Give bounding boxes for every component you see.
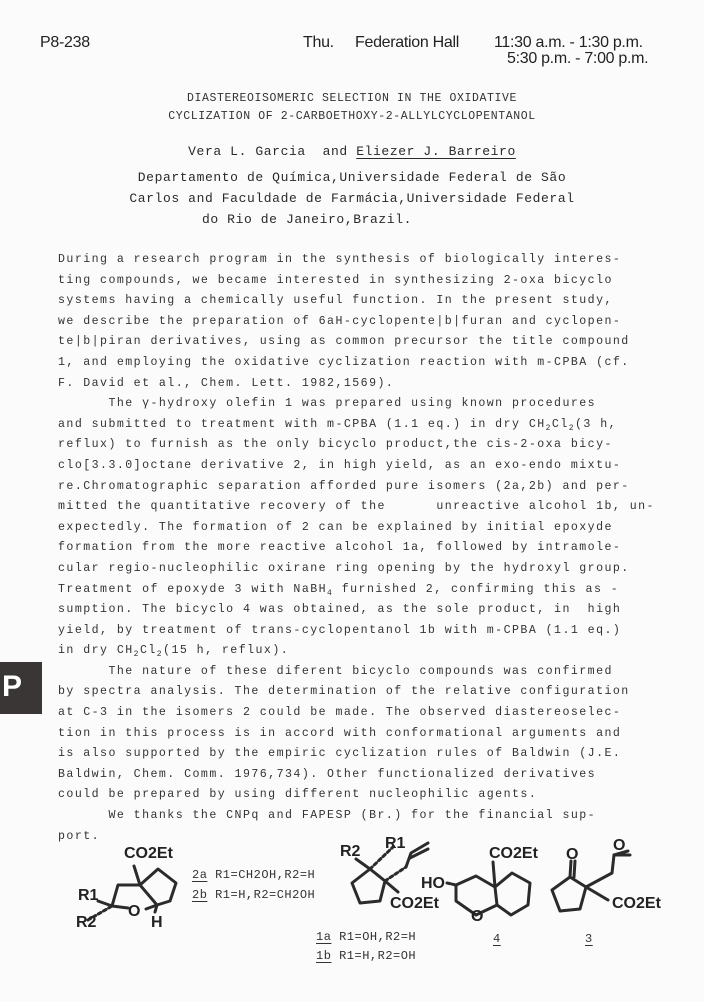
body-line: te|b|piran derivatives, using as common … [58, 332, 668, 353]
body-line: we describe the preparation of 6aH-cyclo… [58, 312, 668, 333]
session-code: P8-238 [40, 34, 90, 52]
session-time-2: 5:30 p.m. - 7:00 p.m. [507, 50, 648, 68]
body-line: clo[3.3.0]octane derivative 2, in high y… [58, 456, 668, 477]
compound-3-label: 3 [585, 932, 593, 946]
compound-3-ester: CO2Et [612, 895, 661, 913]
body-line: We thanks the CNPq and FAPESP (Br.) for … [58, 806, 668, 827]
body-line: The γ-hydroxy olefin 1 was prepared usin… [58, 394, 668, 415]
compound-3-epoxide-oxygen: O [613, 837, 625, 855]
compound-1a-definition: 1a R1=OH,R2=H [316, 930, 416, 944]
body-line: expectedly. The formation of 2 can be ex… [58, 518, 668, 539]
body-line: ting compounds, we became interested in … [58, 271, 668, 292]
body-line: re.Chromatographic separation afforded p… [58, 477, 668, 498]
body-line: by spectra analysis. The determination o… [58, 682, 668, 703]
body-line: tion in this process is in accord with c… [58, 724, 668, 745]
body-line: During a research program in the synthes… [58, 250, 668, 271]
section-tab-letter: P [2, 670, 22, 704]
session-location: Federation Hall [355, 34, 459, 52]
compound-4-hydroxy: HO [421, 875, 445, 893]
compound-2-ester: CO2Et [124, 845, 173, 863]
compound-1b-definition: 1b R1=H,R2=OH [316, 949, 416, 963]
section-tab: P [0, 662, 42, 714]
reaction-scheme: CO2Et R1 R2 O H 2a R1=CH2OH,R2=H 2b R1=H… [0, 835, 704, 1002]
compound-2-ring-oxygen: O [128, 903, 140, 921]
affiliation-line-3: do Rio de Janeiro,Brazil. [0, 212, 659, 227]
body-line: systems having a chemically useful funct… [58, 291, 668, 312]
compound-1-r1: R1 [385, 835, 405, 853]
body-line: in dry CH2Cl2(15 h, reflux). [58, 641, 668, 662]
compound-3-ketone-oxygen: O [566, 846, 578, 864]
session-day: Thu. [303, 34, 334, 52]
body-line: F. David et al., Chem. Lett. 1982,1569). [58, 374, 668, 395]
body-line: mitted the quantitative recovery of the … [58, 497, 668, 518]
body-line: could be prepared by using different nuc… [58, 785, 668, 806]
compound-1-ester: CO2Et [390, 895, 439, 913]
compound-2b-definition: 2b R1=H,R2=CH2OH [192, 888, 315, 902]
compound-2-r2: R2 [76, 914, 96, 932]
compound-1-r2: R2 [340, 843, 360, 861]
body-line: The nature of these diferent bicyclo com… [58, 662, 668, 683]
body-line: Baldwin, Chem. Comm. 1976,734). Other fu… [58, 765, 668, 786]
author-line: Vera L. Garcia and Eliezer J. Barreiro [0, 144, 704, 159]
body-line: cular regio-nucleophilic oxirane ring op… [58, 559, 668, 580]
body-line: yield, by treatment of trans-cyclopentan… [58, 621, 668, 642]
author-join: and [323, 144, 348, 159]
affiliation-line-1: Departamento de Química,Universidade Fed… [0, 170, 704, 185]
compound-4-label: 4 [493, 932, 501, 946]
paper-title-line-1: DIASTEREOISOMERIC SELECTION IN THE OXIDA… [0, 92, 704, 105]
author-1: Vera L. Garcia [188, 144, 306, 159]
affiliation-line-2: Carlos and Faculdade de Farmácia,Univers… [0, 191, 704, 206]
body-line: Treatment of epoxyde 3 with NaBH4 furnis… [58, 580, 668, 601]
compound-2-hydrogen: H [151, 914, 163, 932]
body-line: 1, and employing the oxidative cyclizati… [58, 353, 668, 374]
body-line: and submitted to treatment with m-CPBA (… [58, 415, 668, 436]
body-line: at C-3 in the isomers 2 could be made. T… [58, 703, 668, 724]
abstract-body: During a research program in the synthes… [58, 250, 668, 847]
paper-title-line-2: CYCLIZATION OF 2-CARBOETHOXY-2-ALLYLCYCL… [0, 110, 704, 123]
compound-4-ester: CO2Et [489, 845, 538, 863]
body-line: reflux) to furnish as the only bicyclo p… [58, 435, 668, 456]
compound-4-ring-oxygen: O [471, 908, 483, 926]
body-line: is also supported by the empiric cycliza… [58, 744, 668, 765]
body-line: sumption. The bicyclo 4 was obtained, as… [58, 600, 668, 621]
compound-2-r1: R1 [78, 887, 98, 905]
body-line: formation from the more reactive alcohol… [58, 538, 668, 559]
author-2: Eliezer J. Barreiro [356, 144, 516, 159]
compound-2a-definition: 2a R1=CH2OH,R2=H [192, 868, 315, 882]
